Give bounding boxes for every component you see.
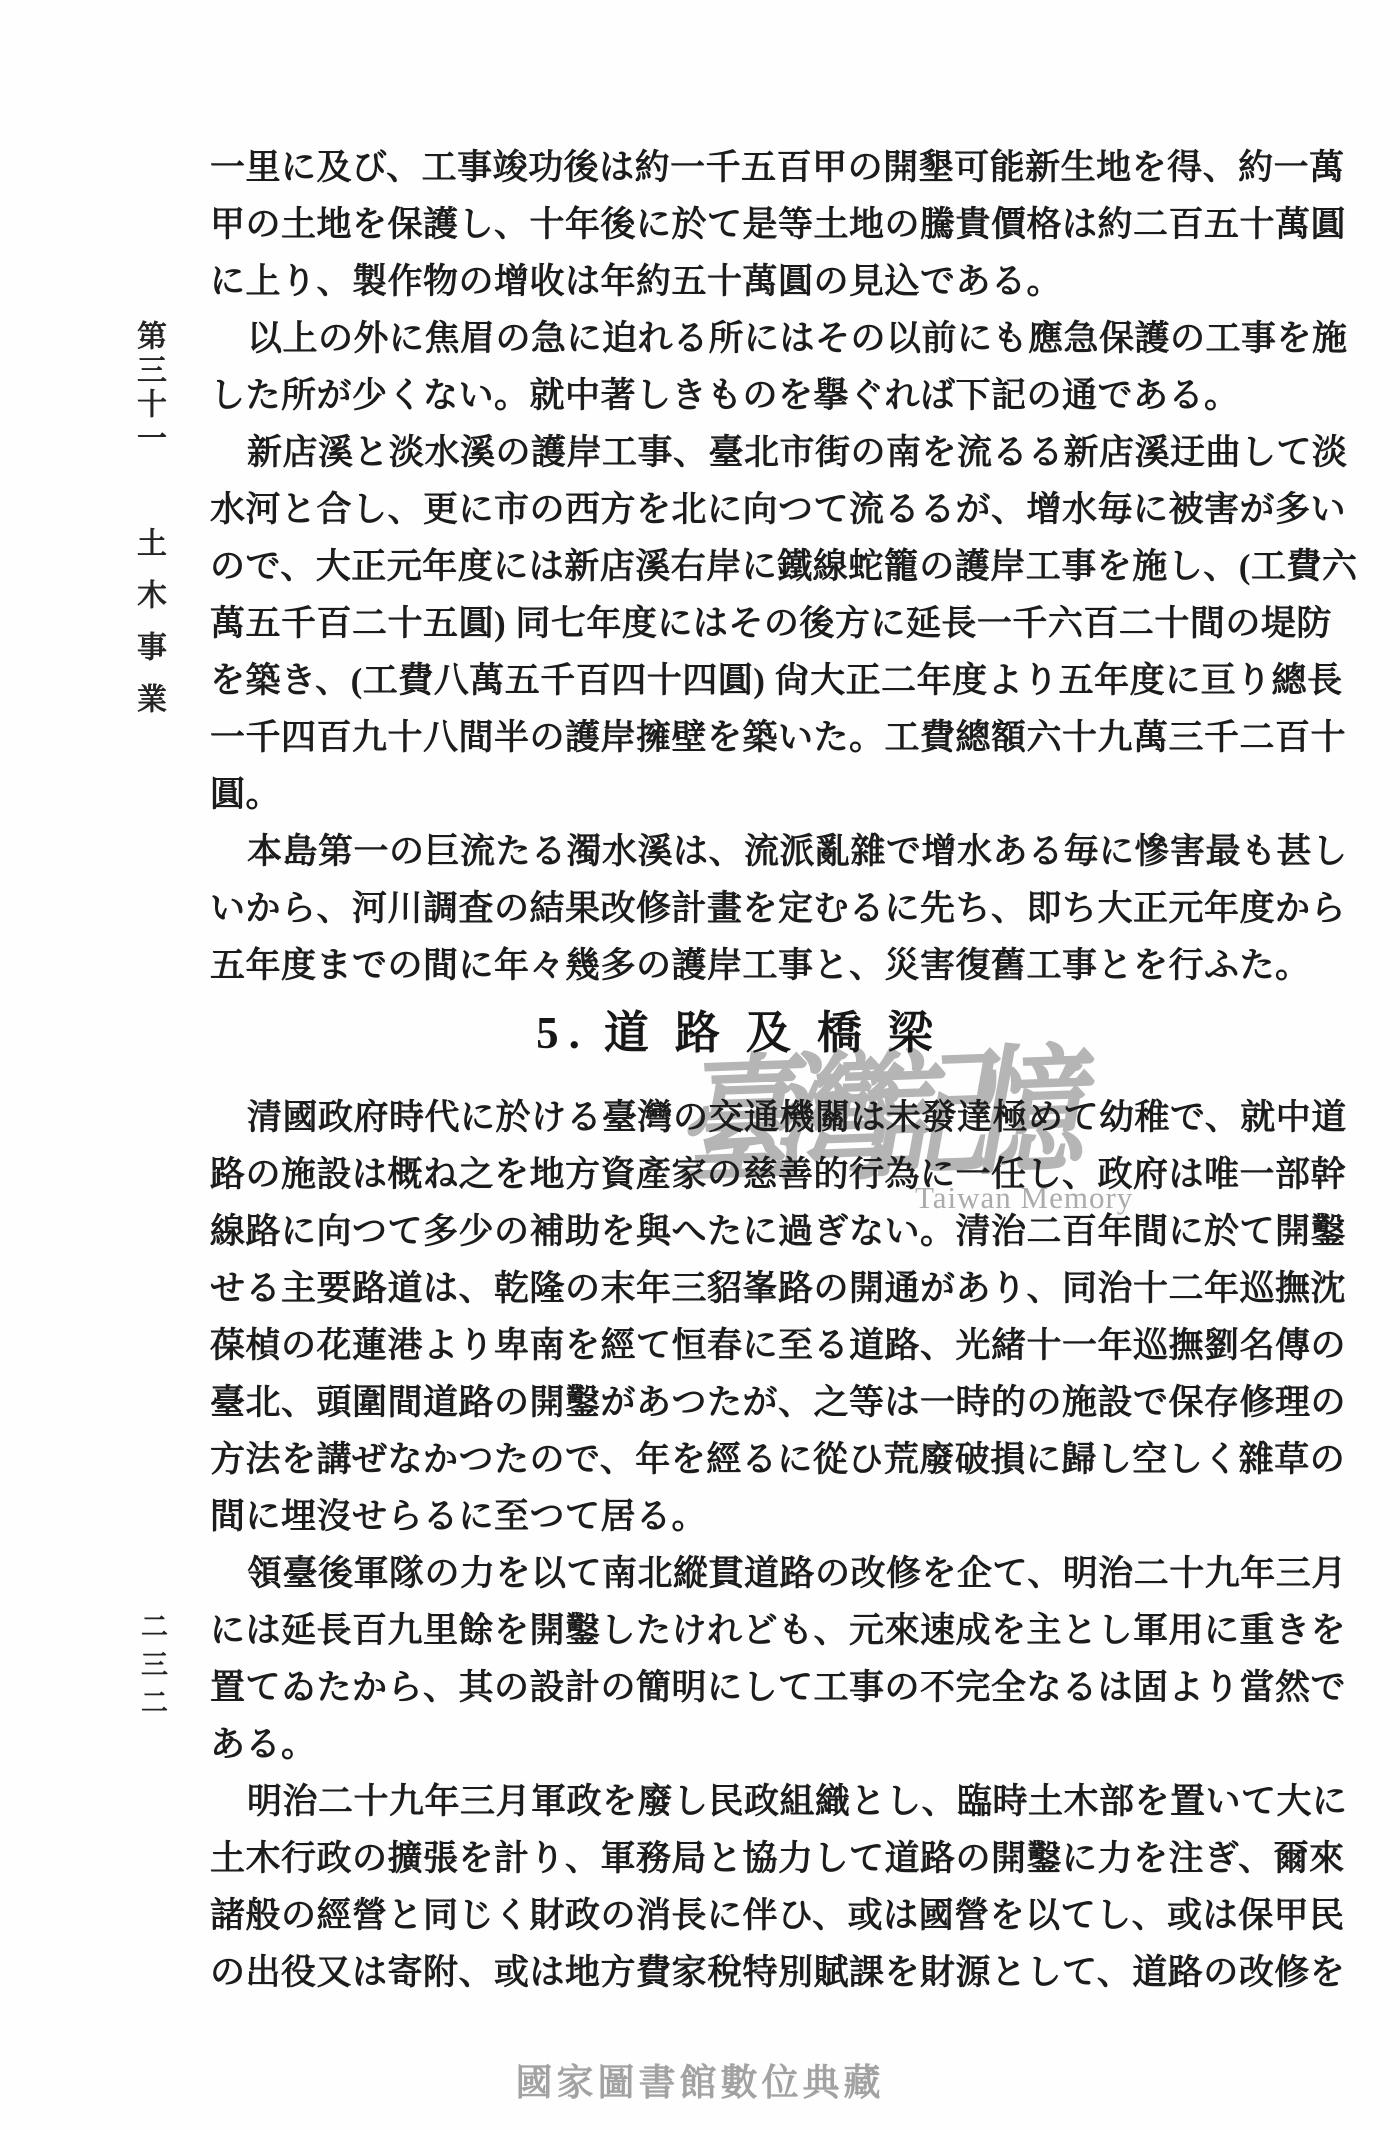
text-line: 間に埋沒せらるに至つて居る。 xyxy=(210,1488,1285,1545)
text-line: 水河と合し、更に市の西方を北に向つて流るるが、增水毎に被害が多い xyxy=(210,481,1285,538)
section-heading: 5.道路及橋梁 xyxy=(210,1002,1285,1064)
text-line: ので、大正元年度には新店溪右岸に鐵線蛇籠の護岸工事を施し、(工費六 xyxy=(210,538,1285,595)
text-line: に上り、製作物の增收は年約五十萬圓の見込である。 xyxy=(210,253,1285,310)
chapter-title: 土木事業 xyxy=(132,527,165,735)
section-number: 5. xyxy=(536,1008,590,1058)
text-line: ある。 xyxy=(210,1716,1285,1773)
text-line: 清國政府時代に於ける臺灣の交通機關は未發達極めて幼稚で、就中道 xyxy=(210,1089,1285,1146)
text-line: 葆楨の花蓮港より卑南を經て恒春に至る道路、光緒十一年巡撫劉名傳の xyxy=(210,1317,1285,1374)
text-line: せる主要路道は、乾隆の末年三貂峯路の開通があり、同治十二年巡撫沈 xyxy=(210,1260,1285,1317)
text-line: の出役又は寄附、或は地方費家稅特別賦課を財源として、道路の改修を xyxy=(210,1944,1285,2001)
text-line: 五年度までの間に年々幾多の護岸工事と、災害復舊工事とを行ふた。 xyxy=(210,937,1285,994)
chapter-number: 第三十一 xyxy=(132,320,165,456)
section-title: 道路及橋梁 xyxy=(604,1008,959,1058)
body-text-upper: 一里に及び、工事竣功後は約一千五百甲の開墾可能新生地を得、約一萬甲の土地を保護し… xyxy=(210,139,1285,994)
body-text-lower: 清國政府時代に於ける臺灣の交通機關は未發達極めて幼稚で、就中道路の施設は概ね之を… xyxy=(210,1089,1285,2001)
text-line: 置てゐたから、其の設計の簡明にして工事の不完全なるは固より當然で xyxy=(210,1659,1285,1716)
library-caption: 國家圖書館數位典藏 xyxy=(0,2052,1400,2106)
text-line: 本島第一の巨流たる濁水溪は、流派亂雜で增水ある毎に慘害最も甚し xyxy=(210,823,1285,880)
text-line: 線路に向つて多少の補助を與へたに過ぎない。清治二百年間に於て開鑿 xyxy=(210,1203,1285,1260)
text-line: 方法を講ぜなかつたので、年を經るに從ひ荒廢破損に歸し空しく雜草の xyxy=(210,1431,1285,1488)
text-line: を築き、(工費八萬五千百四十四圓) 尙大正二年度より五年度に亘り總長 xyxy=(210,652,1285,709)
text-line: には延長百九里餘を開鑿したけれども、元來速成を主とし軍用に重きを xyxy=(210,1602,1285,1659)
page-number: 二三二 xyxy=(133,1612,172,1726)
text-line: 路の施設は概ね之を地方資產家の慈善的行為に一任し、政府は唯一部幹 xyxy=(210,1146,1285,1203)
text-line: 萬五千百二十五圓) 同七年度にはその後方に延長一千六百二十間の堤防 xyxy=(210,595,1285,652)
text-line: 明治二十九年三月軍政を廢し民政組織とし、臨時土木部を置いて大に xyxy=(210,1773,1285,1830)
text-line: 領臺後軍隊の力を以て南北縱貫道路の改修を企て、明治二十九年三月 xyxy=(210,1545,1285,1602)
book-page: 第三十一 土木事業 二三二 臺灣記憶 Taiwan Memory 一里に及び、工… xyxy=(0,0,1400,2130)
text-line: 以上の外に焦眉の急に迫れる所にはその以前にも應急保護の工事を施 xyxy=(210,310,1285,367)
text-line: した所が少くない。就中著しきものを擧ぐれば下記の通である。 xyxy=(210,367,1285,424)
text-line: 一里に及び、工事竣功後は約一千五百甲の開墾可能新生地を得、約一萬 xyxy=(210,139,1285,196)
text-line: 甲の土地を保護し、十年後に於て是等土地の騰貴價格は約二百五十萬圓 xyxy=(210,196,1285,253)
text-line: 諸般の經營と同じく財政の消長に伴ひ、或は國營を以てし、或は保甲民 xyxy=(210,1887,1285,1944)
text-line: 臺北、頭圍間道路の開鑿があつたが、之等は一時的の施設で保存修理の xyxy=(210,1374,1285,1431)
text-line: 土木行政の擴張を計り、軍務局と協力して道路の開鑿に力を注ぎ、爾來 xyxy=(210,1830,1285,1887)
text-line: 一千四百九十八間半の護岸擁壁を築いた。工費總額六十九萬三千二百十 xyxy=(210,709,1285,766)
text-line: いから、河川調査の結果改修計畫を定むるに先ち、即ち大正元年度から xyxy=(210,880,1285,937)
chapter-label: 第三十一 土木事業 xyxy=(128,320,168,740)
text-line: 圓。 xyxy=(210,766,1285,823)
text-line: 新店溪と淡水溪の護岸工事、臺北市街の南を流るる新店溪迂曲して淡 xyxy=(210,424,1285,481)
